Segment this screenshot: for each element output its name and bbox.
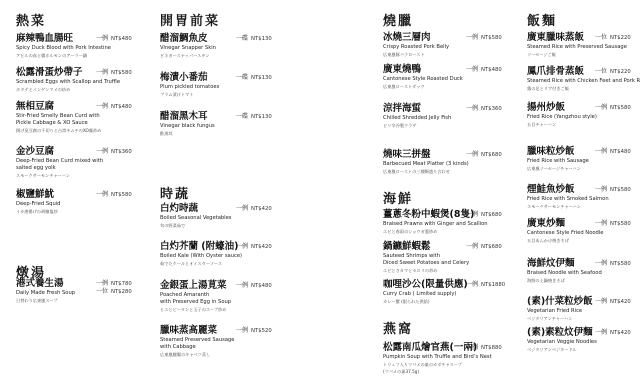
portion-unit: 一例 bbox=[466, 66, 478, 73]
dish-price: 一例NT$880 bbox=[466, 344, 502, 352]
dish-name-ja: 広東風臘腸のキャベツ蒸し bbox=[160, 351, 235, 358]
price-value: NT$580 bbox=[111, 70, 132, 76]
dish-price: 一例NT$420 bbox=[595, 298, 631, 306]
dish-name-ja: 海鮮の土鍋焼きそば bbox=[527, 277, 602, 284]
dish-name-ja: ホタテとインゲンマメの炒め bbox=[16, 86, 120, 93]
portion-unit: 一碟 bbox=[236, 35, 248, 42]
dish-price: 一碟NT$130 bbox=[236, 113, 272, 121]
portion-unit: 一例 bbox=[595, 260, 607, 267]
price-value: NT$480 bbox=[111, 36, 132, 42]
dish-name-en: Daily Made Fresh Soup bbox=[16, 290, 75, 297]
dish-name-en: Spicy Duck Blood with Pork Intestine bbox=[16, 45, 111, 52]
dish-name-ja: トリュフ入りツバメの巣のカボチャスープ bbox=[383, 361, 492, 368]
portion-unit: 一例 bbox=[466, 34, 478, 41]
price-value: NT$780 bbox=[111, 281, 132, 287]
dish-name-en: Boiled Seasonal Vegetables bbox=[160, 215, 232, 222]
portion-unit: 一例 bbox=[96, 191, 108, 198]
dish-price: 一例NT$780 bbox=[96, 280, 132, 288]
dish-name-en: Fried Rice with Sausage bbox=[527, 158, 589, 165]
dish-name-ja: (ツバメの巣37.5g) bbox=[383, 368, 492, 375]
dish-price: 一例NT$580 bbox=[595, 260, 631, 268]
price-value: NT$1880 bbox=[481, 282, 505, 288]
dish-price: 一例NT$580 bbox=[96, 191, 132, 199]
dish-name-en: Chilled Shredded Jelly Fish bbox=[383, 115, 451, 122]
portion-unit: 一例 bbox=[466, 151, 478, 158]
price-value: NT$580 bbox=[610, 261, 631, 267]
dish-name-zh: 臘味粒炒飯 bbox=[527, 146, 589, 158]
menu-item: 椒鹽鮮魷Deep-Fried Squidイカ唐揚げの胡椒塩炒 bbox=[16, 189, 60, 215]
price-value: NT$680 bbox=[481, 152, 502, 158]
dish-name-en: Fried Rice with Smoked Salmon bbox=[527, 196, 609, 203]
price-value: NT$420 bbox=[610, 299, 631, 305]
price-value: NT$420 bbox=[251, 244, 272, 250]
section-title: 時蔬 bbox=[160, 183, 190, 202]
dish-price: 一位NT$280 bbox=[96, 288, 132, 296]
menu-item: 廣東燒鴨Cantonese Style Roasted Duck広東風ローストダ… bbox=[383, 64, 463, 90]
dish-name-ja: ベジタリアンチャーハン bbox=[527, 315, 593, 322]
dish-name-zh: 白灼時蔬 bbox=[160, 203, 232, 215]
menu-item: 港式養生湯Daily Made Fresh Soup日替わり広東風スープ bbox=[16, 278, 75, 304]
price-value: NT$280 bbox=[111, 289, 132, 295]
dish-name-ja: 鶏の足とリブ付きご飯 bbox=[527, 85, 640, 92]
dish-name-zh: (素)什菜粒炒飯 bbox=[527, 296, 593, 308]
section-title: 飯麵 bbox=[527, 10, 557, 29]
price-value: NT$580 bbox=[111, 192, 132, 198]
dish-name-ja: 茹でたケールとオイスターソース bbox=[160, 260, 242, 267]
dish-name-en: Steamed Rice with Preserved Sausage bbox=[527, 44, 627, 51]
dish-name-ja: プラム漬けトマト bbox=[160, 91, 219, 98]
dish-price: 一例NT$580 bbox=[595, 104, 631, 112]
dish-name-en: Deep-Fried Squid bbox=[16, 201, 60, 208]
dish-name-en: Scrambled Eggs with Scallop and Truffle bbox=[16, 79, 120, 86]
price-value: NT$680 bbox=[481, 244, 502, 250]
dish-price: 一例NT$680 bbox=[466, 243, 502, 251]
dish-name-en: Sauteed Shrimps with bbox=[383, 253, 469, 260]
dish-name-ja: 五目あんかけ焼きそば bbox=[527, 237, 603, 244]
dish-price: 一例NT$680 bbox=[466, 151, 502, 159]
dish-name-ja: 日替わり広東風スープ bbox=[16, 297, 75, 304]
menu-item: 臘味粒炒飯Fried Rice with Sausage広東風ソーセージチャーハ… bbox=[527, 146, 589, 172]
dish-name-ja: ピリ辛冷製クラゲ bbox=[383, 122, 451, 129]
dish-price: 一例NT$420 bbox=[236, 243, 272, 251]
dish-name-ja: ヒユとピータンと玉子のスープ炒め bbox=[160, 306, 231, 313]
dish-name-en: Vegetarian Veggie Noodles bbox=[527, 339, 597, 346]
portion-unit: 一位 bbox=[595, 68, 607, 75]
dish-price: 一例NT$580 bbox=[96, 69, 132, 77]
price-value: NT$130 bbox=[251, 36, 272, 42]
menu-item: 醋溜鯛魚皮Vinegar Snapper Skinビネガースナッパースキン bbox=[160, 33, 216, 59]
price-value: NT$580 bbox=[610, 221, 631, 227]
portion-unit: 一例 bbox=[96, 69, 108, 76]
dish-name-en: with Preserved Egg in Soup bbox=[160, 299, 231, 306]
price-value: NT$880 bbox=[481, 345, 502, 351]
dish-name-zh: 港式養生湯 bbox=[16, 278, 75, 290]
dish-price: 一例NT$1880 bbox=[466, 281, 505, 289]
dish-price: 一碟NT$130 bbox=[236, 35, 272, 43]
price-value: NT$360 bbox=[481, 106, 502, 112]
dish-name-zh: 揚州炒飯 bbox=[527, 102, 597, 114]
dish-price: 一例NT$480 bbox=[466, 66, 502, 74]
dish-name-ja: カレー蟹 (限られた供給) bbox=[383, 298, 468, 305]
dish-name-en: salted egg yolk bbox=[16, 165, 103, 172]
portion-unit: 一例 bbox=[236, 205, 248, 212]
dish-name-ja: イカ唐揚げの胡椒塩炒 bbox=[16, 208, 60, 215]
price-value: NT$130 bbox=[251, 114, 272, 120]
price-value: NT$420 bbox=[610, 330, 631, 336]
dish-name-ja: ベジタリアンベジヌードル bbox=[527, 346, 597, 353]
dish-name-ja: 広東風ソーセージチャーハン bbox=[527, 165, 589, 172]
price-value: NT$520 bbox=[251, 328, 272, 334]
dish-name-en: Braised Noodle with Seafood bbox=[527, 270, 602, 277]
menu-item: 咖哩沙公(限量供應)Curry Crab ( Limited supply)カレ… bbox=[383, 279, 468, 305]
portion-unit: 一例 bbox=[236, 327, 248, 334]
portion-unit: 一例 bbox=[96, 35, 108, 42]
menu-item: 臘味蒸高麗菜Steamed Preserved Sausagewith Cabb… bbox=[160, 325, 235, 358]
dish-name-ja: ビネガースナッパースキン bbox=[160, 52, 216, 59]
portion-unit: 一例 bbox=[595, 298, 607, 305]
dish-name-en: Stir-Fried Smelly Bean Curd with bbox=[16, 113, 101, 120]
dish-name-en: Curry Crab ( Limited supply) bbox=[383, 291, 468, 298]
portion-unit: 一例 bbox=[595, 148, 607, 155]
dish-price: 一位NT$220 bbox=[595, 68, 631, 76]
dish-name-ja: 広東風豚バラロースト bbox=[383, 51, 449, 58]
dish-name-en: Diced Sweet Potatoes and Celery bbox=[383, 260, 469, 267]
price-value: NT$580 bbox=[481, 35, 502, 41]
dish-name-zh: 涼拌海蜇 bbox=[383, 103, 451, 115]
dish-name-en: Pickle Cabbage & XO Sauce bbox=[16, 120, 101, 127]
dish-name-en: Poached Amaranth bbox=[160, 292, 231, 299]
dish-name-zh: 金沙豆腐 bbox=[16, 146, 103, 158]
dish-price: 一例NT$420 bbox=[595, 329, 631, 337]
dish-name-en: Boiled Kale (With Oyster sauce) bbox=[160, 253, 242, 260]
portion-unit: 一例 bbox=[595, 220, 607, 227]
dish-name-ja: アヒルの血と腸ホルモンのアーラー鍋 bbox=[16, 52, 111, 59]
menu-item: 金銀蛋上湯莧菜Poached Amaranthwith Preserved Eg… bbox=[160, 280, 231, 313]
dish-price: 一例NT$360 bbox=[466, 105, 502, 113]
dish-name-zh: 醋溜鯛魚皮 bbox=[160, 33, 216, 45]
menu-item: 金沙豆腐Deep-Fried Bean Curd mixed withsalte… bbox=[16, 146, 103, 179]
dish-price: 一例NT$580 bbox=[466, 34, 502, 42]
dish-name-ja: 広東風ローストダック bbox=[383, 83, 463, 90]
dish-price: 一碟NT$130 bbox=[236, 74, 272, 82]
portion-unit: 一例 bbox=[466, 344, 478, 351]
dish-name-en: Pumpkin Soup with Truffle and Bird’s Nes… bbox=[383, 354, 492, 361]
portion-unit: 一例 bbox=[466, 243, 478, 250]
dish-name-zh: 廣東炒麵 bbox=[527, 218, 603, 230]
dish-name-zh: (素)素粒炆伊麵 bbox=[527, 327, 597, 339]
dish-name-zh: 臘味蒸高麗菜 bbox=[160, 325, 235, 337]
portion-unit: 一例 bbox=[595, 104, 607, 111]
price-value: NT$480 bbox=[481, 67, 502, 73]
price-value: NT$480 bbox=[251, 283, 272, 289]
dish-name-en: Fried Rice (Yangzhou style) bbox=[527, 114, 597, 121]
price-value: NT$580 bbox=[610, 187, 631, 193]
menu-item: 廣東炒麵Cantonese Style Fried Noodle五目あんかけ焼き… bbox=[527, 218, 603, 244]
portion-unit: 一例 bbox=[466, 211, 478, 218]
dish-name-ja: スモークサーモンチャーハン bbox=[16, 172, 103, 179]
dish-price: 一例NT$520 bbox=[236, 327, 272, 335]
dish-name-zh: 燒味三拼盤 bbox=[383, 149, 469, 161]
dish-name-zh: 廣東燒鴨 bbox=[383, 64, 463, 76]
dish-price: 一例NT$480 bbox=[96, 35, 132, 43]
portion-unit: 一例 bbox=[236, 282, 248, 289]
dish-name-en: Vinegar Snapper Skin bbox=[160, 45, 216, 52]
dish-name-ja: 酢黒茸 bbox=[160, 130, 215, 137]
dish-name-zh: 鍋鑣鮮蝦鬆 bbox=[383, 241, 469, 253]
menu-item: 燒味三拼盤Barbecued Meat Platter (3 kinds)広東風… bbox=[383, 149, 469, 175]
section-title: 開胃前菜 bbox=[160, 10, 220, 29]
dish-name-en: Cantonese Style Roasted Duck bbox=[383, 76, 463, 83]
dish-name-ja: 広東風ローストの三種類盛り合わせ bbox=[383, 168, 469, 175]
menu-item: (素)素粒炆伊麵Vegetarian Veggie Noodlesベジタリアンベ… bbox=[527, 327, 597, 353]
portion-unit: 一例 bbox=[595, 329, 607, 336]
menu-item: 揚州炒飯Fried Rice (Yangzhou style)五目チャーハン bbox=[527, 102, 597, 128]
dish-name-en: Steamed Preserved Sausage bbox=[160, 337, 235, 344]
portion-unit: 一位 bbox=[96, 288, 108, 295]
section-title: 熱菜 bbox=[16, 10, 46, 29]
dish-name-zh: 梅漬小番茄 bbox=[160, 72, 219, 84]
dish-name-en: Braised Prawns with Ginger and Scallion bbox=[383, 221, 488, 228]
section-title: 燒臘 bbox=[383, 10, 413, 29]
price-value: NT$130 bbox=[251, 75, 272, 81]
dish-name-en: Cantonese Style Fried Noodle bbox=[527, 230, 603, 237]
menu-item: 梅漬小番茄Plum pickled tomatoesプラム漬けトマト bbox=[160, 72, 219, 98]
dish-name-ja: エビとさカマとセロリの炒め bbox=[383, 267, 469, 274]
dish-name-en: Steamed Rice with Chicken Feet and Pork … bbox=[527, 78, 640, 85]
dish-name-zh: 無相豆腐 bbox=[16, 101, 101, 113]
price-value: NT$220 bbox=[610, 35, 631, 41]
dish-name-en: with Cabbage bbox=[160, 344, 235, 351]
portion-unit: 一例 bbox=[236, 243, 248, 250]
section-title: 海鮮 bbox=[383, 188, 413, 207]
portion-unit: 一碟 bbox=[236, 74, 248, 81]
dish-name-zh: 白灼芥蘭 (附蠔油) bbox=[160, 241, 242, 253]
dish-price: 一例NT$580 bbox=[595, 220, 631, 228]
portion-unit: 一例 bbox=[466, 281, 478, 288]
dish-name-ja: 揚げ臭豆腐の千切りと台湾キムチのXO醤炒め bbox=[16, 127, 101, 134]
dish-price: 一例NT$480 bbox=[96, 103, 132, 111]
dish-name-en: Deep-Fried Bean Curd mixed with bbox=[16, 158, 103, 165]
dish-name-zh: 冰燒三層肉 bbox=[383, 32, 449, 44]
dish-name-zh: 海鮮炆伊麵 bbox=[527, 258, 602, 270]
price-value: NT$480 bbox=[610, 149, 631, 155]
menu-item: 醋溜黑木耳Vinegar black fungus酢黒茸 bbox=[160, 111, 215, 137]
portion-unit: 一例 bbox=[96, 103, 108, 110]
dish-price: 一例NT$420 bbox=[236, 205, 272, 213]
dish-price: 一例NT$360 bbox=[96, 148, 132, 156]
dish-name-zh: 椒鹽鮮魷 bbox=[16, 189, 60, 201]
portion-unit: 一碟 bbox=[236, 113, 248, 120]
dish-price: 一位NT$220 bbox=[595, 34, 631, 42]
price-value: NT$580 bbox=[610, 105, 631, 111]
price-value: NT$680 bbox=[481, 212, 502, 218]
dish-name-en: Plum pickled tomatoes bbox=[160, 84, 219, 91]
menu-item: 無相豆腐Stir-Fried Smelly Bean Curd withPick… bbox=[16, 101, 101, 134]
price-value: NT$220 bbox=[610, 69, 631, 75]
dish-name-en: Barbecued Meat Platter (3 kinds) bbox=[383, 161, 469, 168]
dish-name-ja: 五目チャーハン bbox=[527, 121, 597, 128]
dish-name-zh: 醋溜黑木耳 bbox=[160, 111, 215, 123]
menu-item: 海鮮炆伊麵Braised Noodle with Seafood海鮮の土鍋焼きそ… bbox=[527, 258, 602, 284]
dish-name-ja: エビと春雨のショウガ葱炒め bbox=[383, 228, 488, 235]
dish-name-ja: 旬の野菜茹で bbox=[160, 222, 232, 229]
menu-item: 冰燒三層肉Crispy Roasted Pork Belly広東風豚バラロースト bbox=[383, 32, 449, 58]
menu-item: 鍋鑣鮮蝦鬆Sauteed Shrimps withDiced Sweet Pot… bbox=[383, 241, 469, 274]
dish-name-zh: 金銀蛋上湯莧菜 bbox=[160, 280, 231, 292]
dish-price: 一例NT$480 bbox=[595, 148, 631, 156]
portion-unit: 一位 bbox=[595, 34, 607, 41]
dish-name-en: Crispy Roasted Pork Belly bbox=[383, 44, 449, 51]
dish-name-en: Vinegar black fungus bbox=[160, 123, 215, 130]
dish-price: 一例NT$680 bbox=[466, 211, 502, 219]
menu-item: 涼拌海蜇Chilled Shredded Jelly Fishピリ辛冷製クラゲ bbox=[383, 103, 451, 129]
dish-name-ja: ソーセージご飯 bbox=[527, 51, 627, 58]
menu-item: 白灼時蔬Boiled Seasonal Vegetables旬の野菜茹で bbox=[160, 203, 232, 229]
dish-price: 一例NT$580 bbox=[595, 186, 631, 194]
portion-unit: 一例 bbox=[595, 186, 607, 193]
price-value: NT$420 bbox=[251, 206, 272, 212]
dish-name-en: Vegetarian Fried Rice bbox=[527, 308, 593, 315]
menu-item: (素)什菜粒炒飯Vegetarian Fried Riceベジタリアンチャーハン bbox=[527, 296, 593, 322]
price-value: NT$480 bbox=[111, 104, 132, 110]
dish-name-zh: 咖哩沙公(限量供應) bbox=[383, 279, 468, 291]
section-title: 燕窩 bbox=[383, 318, 413, 337]
portion-unit: 一例 bbox=[466, 105, 478, 112]
price-value: NT$360 bbox=[111, 149, 132, 155]
menu-item: 白灼芥蘭 (附蠔油)Boiled Kale (With Oyster sauce… bbox=[160, 241, 242, 267]
portion-unit: 一例 bbox=[96, 148, 108, 155]
portion-unit: 一例 bbox=[96, 280, 108, 287]
dish-price: 一例NT$480 bbox=[236, 282, 272, 290]
dish-name-ja: スモークサーモンチャーハン bbox=[527, 203, 609, 210]
